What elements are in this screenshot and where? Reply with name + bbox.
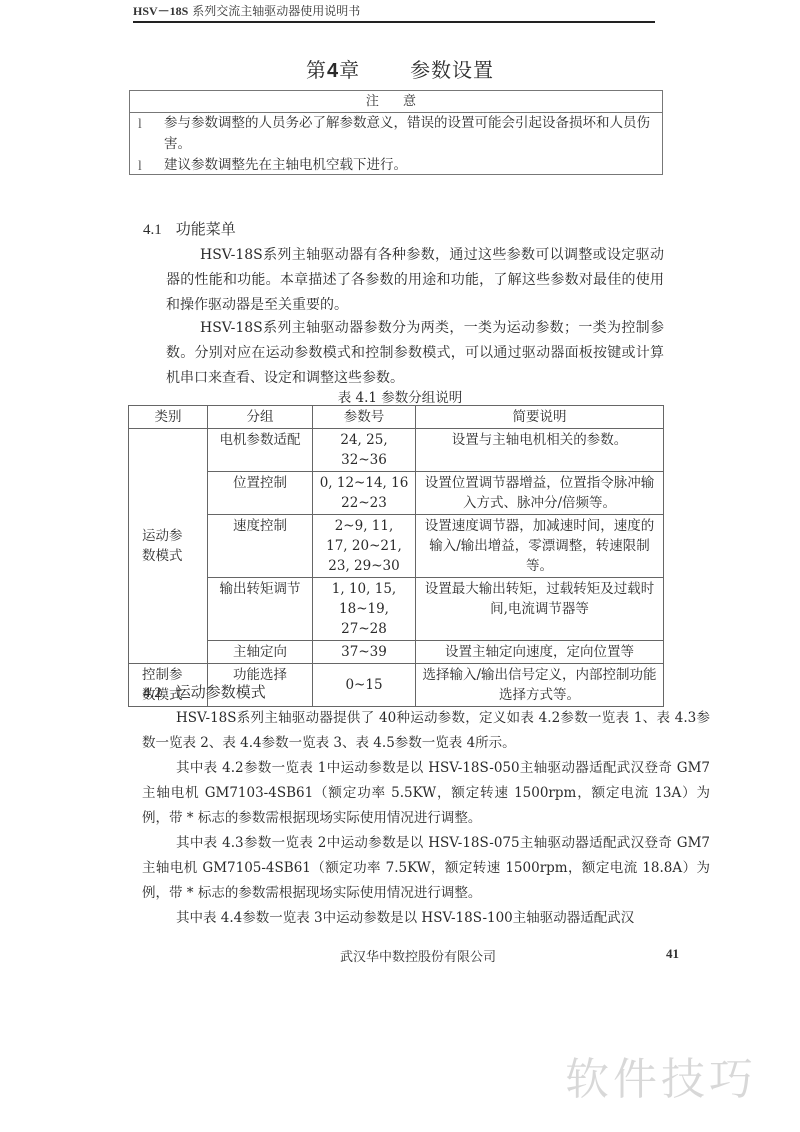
- params-cell: 1, 10, 15, 18~19, 27~28: [313, 578, 416, 641]
- notice-item: l 建议参数调整先在主轴电机空载下进行。: [130, 155, 662, 176]
- column-header: 简要说明: [416, 406, 664, 429]
- notice-heading: 注 意: [130, 91, 662, 113]
- section-title: 功能菜单: [176, 220, 236, 238]
- group-cell: 速度控制: [208, 515, 313, 578]
- params-cell: 2~9, 11, 17, 20~21, 23, 29~30: [313, 515, 416, 578]
- chapter-suffix: 章: [339, 58, 360, 82]
- paragraph: 其中表 4.3参数一览表 2中运动参数是以 HSV-18S-075主轴驱动器适配…: [142, 831, 710, 906]
- footer-company: 武汉华中数控股份有限公司: [340, 946, 496, 965]
- header-title: 系列交流主轴驱动器使用说明书: [192, 4, 360, 18]
- group-cell: 电机参数适配: [208, 429, 313, 472]
- watermark: 软件技巧: [565, 1043, 757, 1107]
- notice-text: 参与参数调整的人员务必了解参数意义，错误的设置可能会引起设备损坏和人员伤害。: [164, 115, 650, 152]
- page-number: 41: [666, 946, 679, 962]
- notice-text: 建议参数调整先在主轴电机空载下进行。: [164, 157, 407, 173]
- column-header: 分组: [208, 406, 313, 429]
- chapter-prefix: 第: [306, 58, 327, 82]
- table-row: 运动参数模式 电机参数适配 24, 25, 32~36 设置与主轴电机相关的参数…: [129, 429, 664, 472]
- params-cell: 0, 12~14, 16 22~23: [313, 472, 416, 515]
- desc-cell: 设置速度调节器，加减速时间，速度的输入/输出增益，零漂调整，转速限制等。: [416, 515, 664, 578]
- paragraph: 其中表 4.4参数一览表 3中运动参数是以 HSV-18S-100主轴驱动器适配…: [142, 906, 710, 931]
- table-row: 主轴定向 37~39 设置主轴定向速度，定向位置等: [129, 641, 664, 664]
- bullet-icon: l: [138, 155, 142, 176]
- section-title: 运动参数模式: [176, 683, 266, 701]
- chapter-name: 参数设置: [410, 58, 494, 82]
- section-number: 4.2: [143, 685, 162, 701]
- header-product: HSV－18S: [133, 4, 188, 18]
- desc-cell: 设置主轴定向速度，定向位置等: [416, 641, 664, 664]
- desc-cell: 设置与主轴电机相关的参数。: [416, 429, 664, 472]
- desc-cell: 设置位置调节器增益，位置指令脉冲输入方式、脉冲分/倍频等。: [416, 472, 664, 515]
- running-header: HSV－18S 系列交流主轴驱动器使用说明书: [133, 3, 655, 23]
- params-cell: 37~39: [313, 641, 416, 664]
- section-heading-4-1: 4.1功能菜单: [143, 218, 236, 239]
- group-cell: 主轴定向: [208, 641, 313, 664]
- table-row: 位置控制 0, 12~14, 16 22~23 设置位置调节器增益，位置指令脉冲…: [129, 472, 664, 515]
- table-caption: 表 4.1 参数分组说明: [0, 386, 800, 406]
- group-cell: 输出转矩调节: [208, 578, 313, 641]
- notice-box: 注 意 l 参与参数调整的人员务必了解参数意义，错误的设置可能会引起设备损坏和人…: [129, 90, 663, 175]
- desc-cell: 选择输入/输出信号定义，内部控制功能选择方式等。: [416, 664, 664, 707]
- params-cell: 24, 25, 32~36: [313, 429, 416, 472]
- table-header-row: 类别 分组 参数号 简要说明: [129, 406, 664, 429]
- section-number: 4.1: [143, 222, 162, 238]
- notice-item: l 参与参数调整的人员务必了解参数意义，错误的设置可能会引起设备损坏和人员伤害。: [130, 113, 662, 155]
- paragraph: HSV-18S系列主轴驱动器提供了 40种运动参数，定义如表 4.2参数一览表 …: [142, 706, 710, 756]
- category-cell: 运动参数模式: [129, 429, 208, 664]
- section-heading-4-2: 4.2运动参数模式: [143, 681, 266, 702]
- column-header: 类别: [129, 406, 208, 429]
- desc-cell: 设置最大输出转矩，过载转矩及过载时间,电流调节器等: [416, 578, 664, 641]
- paragraph: HSV-18S系列主轴驱动器有各种参数，通过这些参数可以调整或设定驱动器的性能和…: [166, 243, 664, 318]
- paragraph: HSV-18S系列主轴驱动器参数分为两类，一类为运动参数；一类为控制参数。分别对…: [166, 316, 664, 391]
- table-row: 输出转矩调节 1, 10, 15, 18~19, 27~28 设置最大输出转矩，…: [129, 578, 664, 641]
- params-cell: 0~15: [313, 664, 416, 707]
- chapter-number: 4: [327, 60, 339, 82]
- column-header: 参数号: [313, 406, 416, 429]
- group-cell: 位置控制: [208, 472, 313, 515]
- chapter-title: 第4章参数设置: [0, 54, 800, 83]
- table-row: 速度控制 2~9, 11, 17, 20~21, 23, 29~30 设置速度调…: [129, 515, 664, 578]
- parameter-group-table: 类别 分组 参数号 简要说明 运动参数模式 电机参数适配 24, 25, 32~…: [128, 405, 664, 707]
- paragraph: 其中表 4.2参数一览表 1中运动参数是以 HSV-18S-050主轴驱动器适配…: [142, 756, 710, 831]
- bullet-icon: l: [138, 113, 142, 134]
